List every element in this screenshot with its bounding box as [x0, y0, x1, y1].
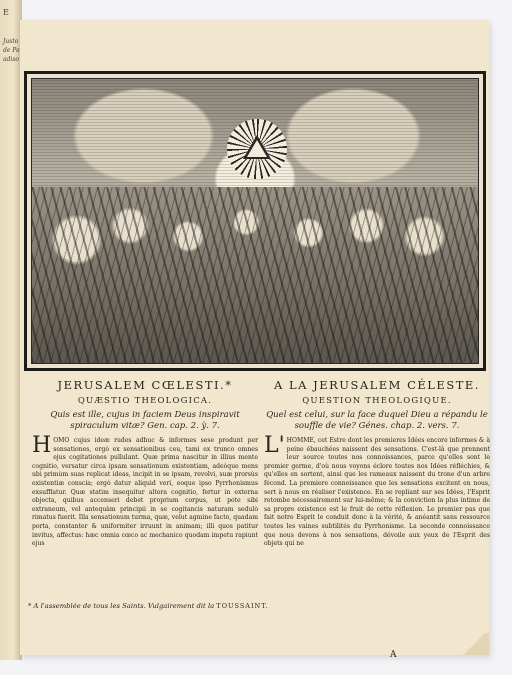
- latin-title: JERUSALEM CŒLESTI.*: [32, 377, 258, 393]
- facing-page-edge: E Justo de Paradiso: [0, 0, 22, 660]
- radiant-glory-icon: [227, 119, 287, 179]
- illustration-scene: [31, 78, 479, 364]
- french-column: A LA JERUSALEM CÉLESTE. QUESTION THEOLOG…: [264, 377, 490, 549]
- french-title: A LA JERUSALEM CÉLESTE.: [264, 377, 490, 393]
- woodcut-illustration: [24, 71, 486, 371]
- crowd-of-saints: [32, 187, 478, 363]
- french-subtitle: QUESTION THEOLOGIQUE.: [264, 395, 490, 407]
- signature-mark: A: [390, 650, 397, 660]
- footnote: * A l'assemblée de tous les Saints. Vulg…: [28, 602, 269, 610]
- latin-subtitle: QUÆSTIO THEOLOGICA.: [32, 395, 258, 407]
- french-verse: Quel est celui, sur la face duquel Dieu …: [264, 410, 490, 431]
- footnote-smallcaps: TOUSSAINT.: [216, 602, 268, 610]
- book-page: JERUSALEM CŒLESTI.* QUÆSTIO THEOLOGICA. …: [20, 20, 489, 655]
- trinity-triangle-icon: [243, 135, 271, 159]
- latin-column: JERUSALEM CŒLESTI.* QUÆSTIO THEOLOGICA. …: [32, 377, 258, 549]
- french-body: L'HOMME, cet Estre dont les premieres Id…: [264, 437, 490, 549]
- margin-letter: E: [3, 8, 23, 17]
- latin-verse: Quis est ille, cujus in faciem Deus insp…: [32, 410, 258, 431]
- latin-body: HOMO cujus ideæ rudes adhuc & informes s…: [32, 437, 258, 549]
- footnote-text: * A l'assemblée de tous les Saints. Vulg…: [28, 602, 214, 610]
